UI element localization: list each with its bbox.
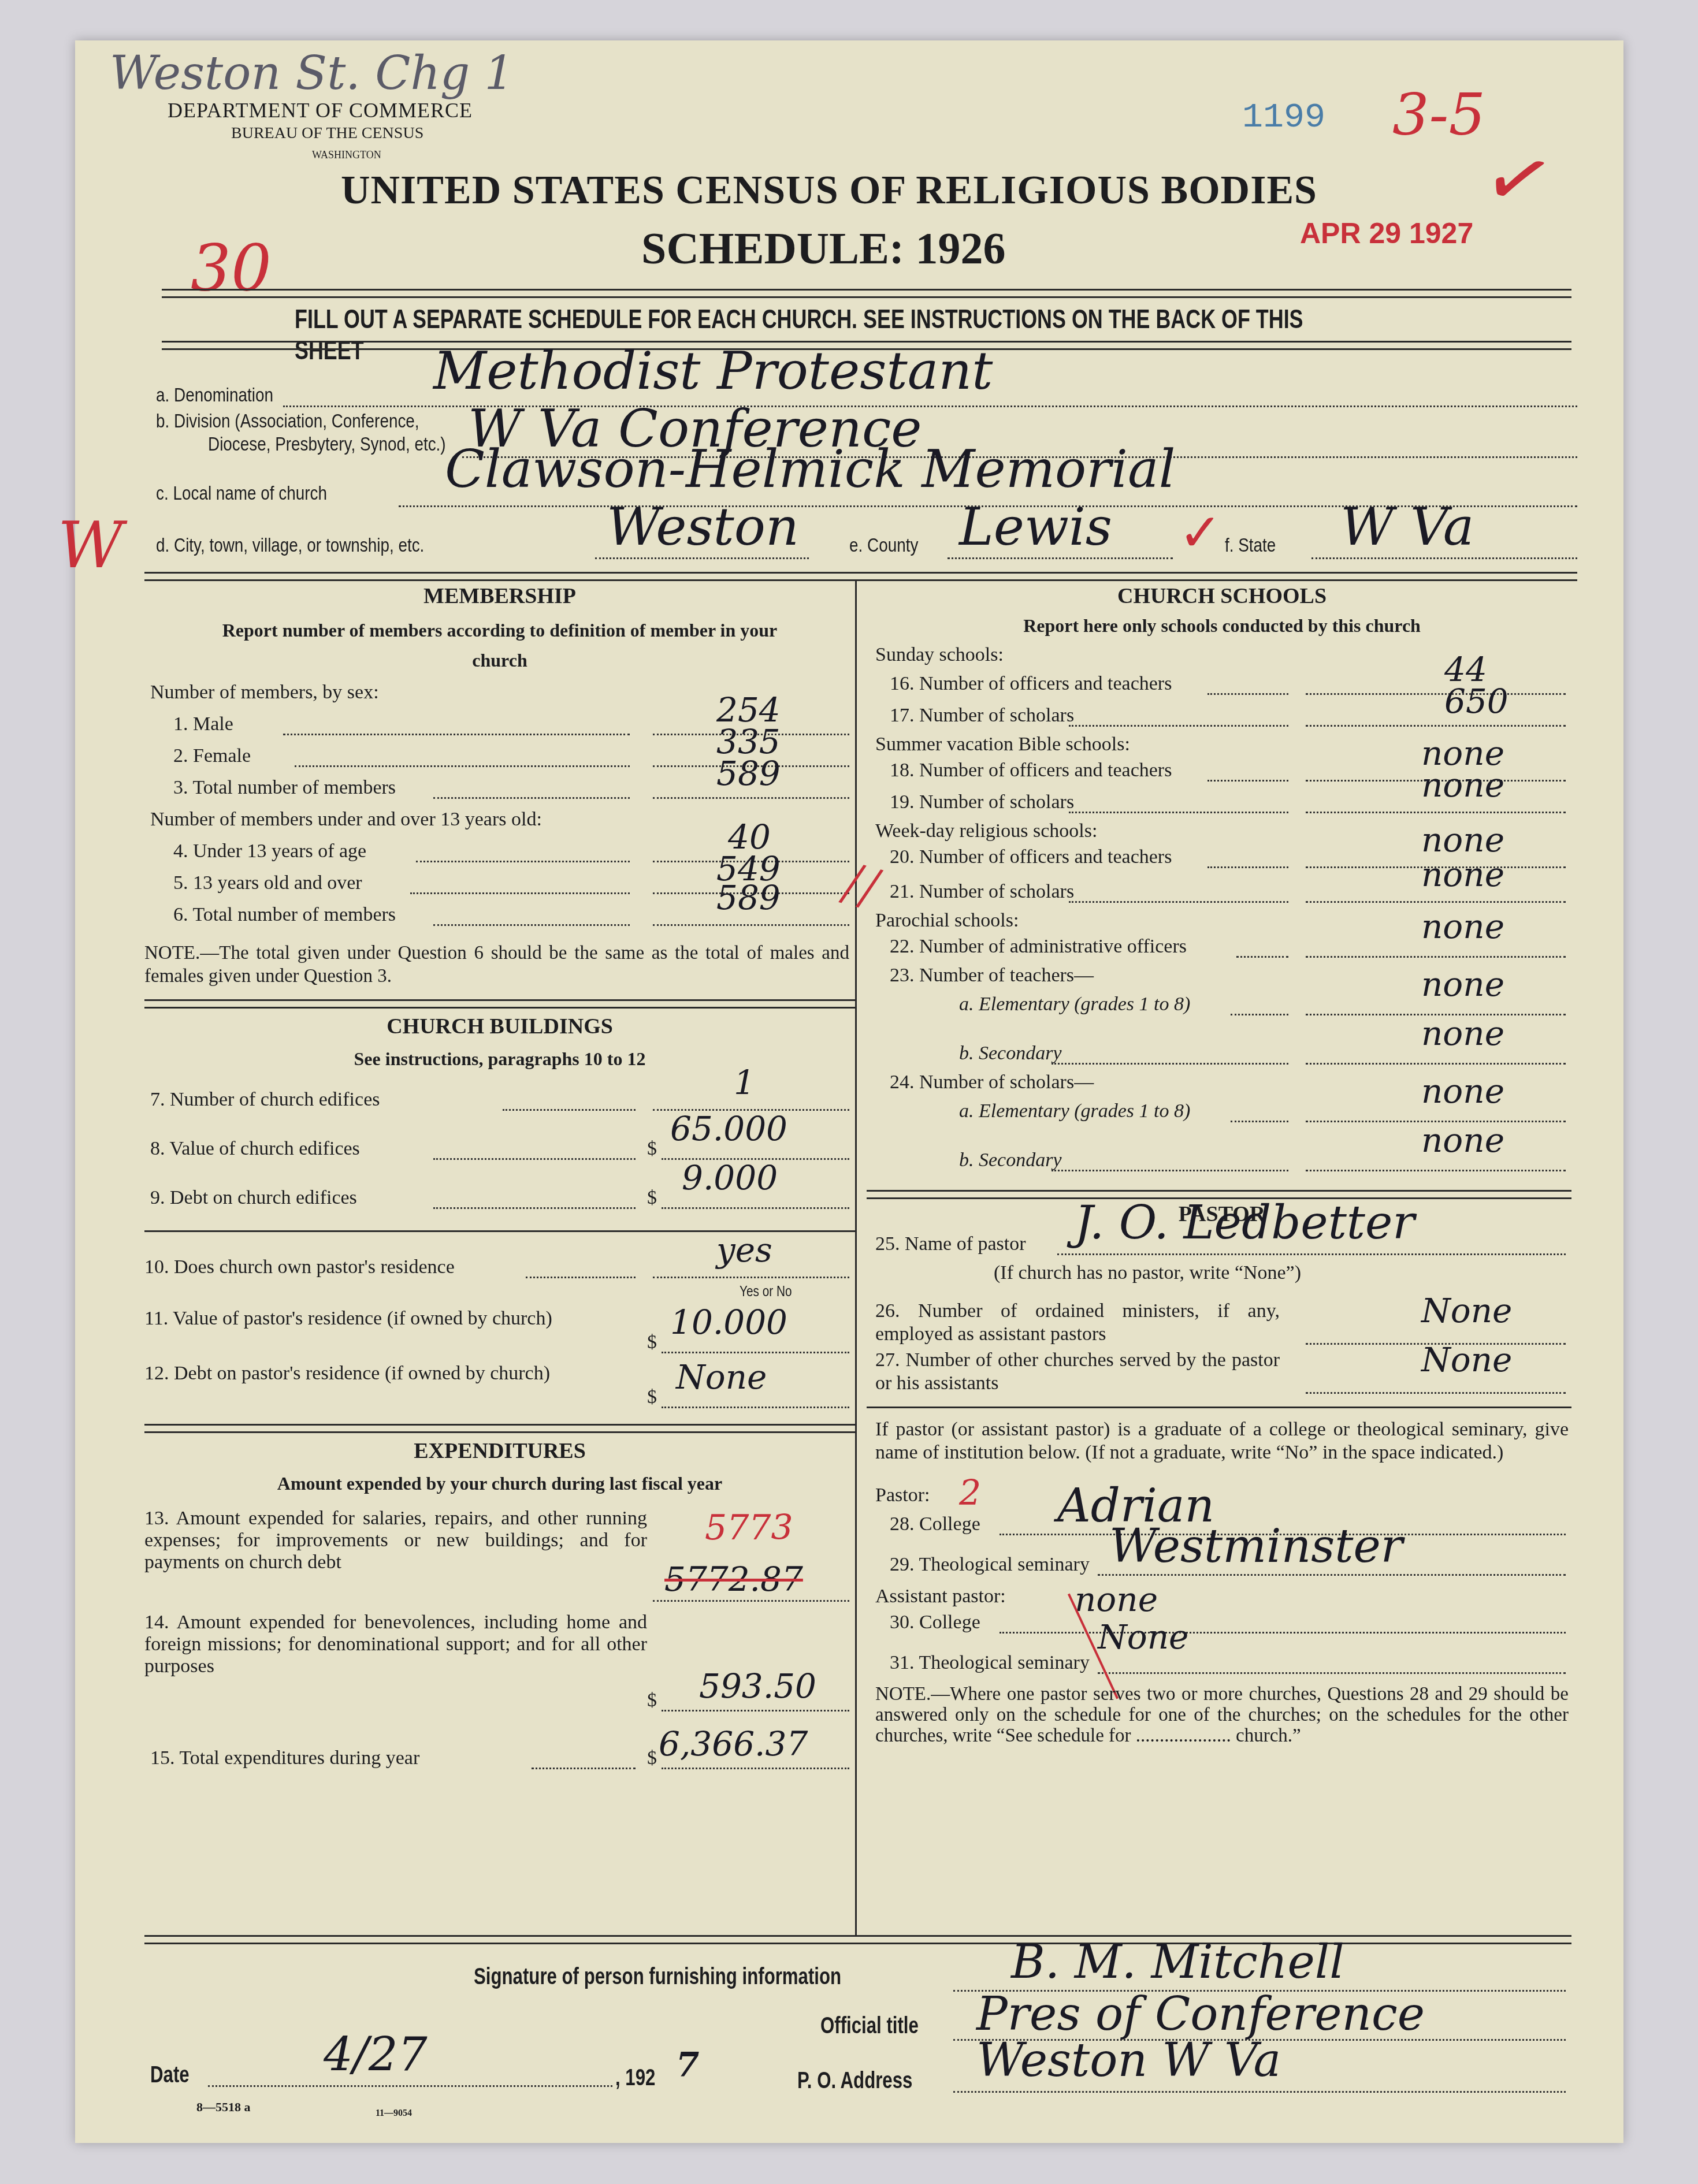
edifices-value-label: 8. Value of church edifices <box>150 1138 360 1160</box>
county-label: e. County <box>849 534 918 557</box>
edifices-count-field[interactable]: 1 <box>734 1063 755 1102</box>
date-field[interactable]: 4/27 <box>324 2027 428 2081</box>
q21-field[interactable]: none <box>1421 855 1504 894</box>
q22-field[interactable]: none <box>1421 907 1504 946</box>
division-label-2: Diocese, Presbytery, Synod, etc.) <box>208 433 446 456</box>
pastor-name-field[interactable]: J. O. Ledbetter <box>1075 1196 1415 1249</box>
pencil-note: Weston St. Chg 1 <box>110 46 514 100</box>
q25-label: 25. Name of pastor <box>875 1233 1026 1255</box>
q16-label: 16. Number of officers and teachers <box>890 673 1172 695</box>
edifices-debt-field[interactable]: 9.000 <box>682 1158 778 1197</box>
division-label: b. Division (Association, Conference, <box>156 410 419 433</box>
by-sex-heading: Number of members, by sex: <box>150 682 379 704</box>
state-field[interactable]: W Va <box>1340 497 1474 557</box>
print-code: 11—9054 <box>376 2108 412 2119</box>
dollar-sign: $ <box>647 1331 657 1353</box>
department-name: DEPARTMENT OF COMMERCE <box>168 98 473 122</box>
residence-debt-field[interactable]: None <box>676 1357 767 1397</box>
date-label: Date <box>150 2062 190 2088</box>
q25-hint: (If church has no pastor, write “None”) <box>994 1262 1301 1284</box>
church-schools-title: CHURCH SCHOOLS <box>867 583 1577 609</box>
q14-label: 14. Amount expended for benevolences, in… <box>144 1612 647 1677</box>
denomination-label: a. Denomination <box>156 384 273 407</box>
po-address-field[interactable]: Weston W Va <box>976 2033 1281 2087</box>
signature-label: Signature of person furnishing informati… <box>474 1964 841 1990</box>
official-title-label: Official title <box>820 2013 919 2039</box>
graduate-instructions: If pastor (or assistant pastor) is a gra… <box>875 1418 1569 1464</box>
dollar-sign: $ <box>647 1747 657 1769</box>
seminary-field[interactable]: Westminster <box>1109 1519 1403 1573</box>
received-date-stamp: APR 29 1927 <box>1300 217 1473 250</box>
yes-no-hint: Yes or No <box>740 1282 792 1300</box>
assistant-seminary-field[interactable]: None <box>1098 1617 1188 1657</box>
q23a-label: a. Elementary (grades 1 to 8) <box>959 994 1190 1015</box>
expenditures-subtitle: Amount expended by your church during la… <box>144 1473 855 1494</box>
census-schedule-form: Weston St. Chg 1 DEPARTMENT OF COMMERCE … <box>75 40 1623 2143</box>
q21-label: 21. Number of scholars <box>890 881 1074 903</box>
q19-label: 19. Number of scholars <box>890 791 1074 813</box>
dollar-sign: $ <box>647 1690 657 1712</box>
q27-field[interactable]: None <box>1421 1340 1512 1379</box>
female-label: 2. Female <box>173 745 251 767</box>
q28-label: 28. College <box>890 1513 980 1535</box>
red-code: 3-5 <box>1392 81 1485 148</box>
q17-label: 17. Number of scholars <box>890 705 1074 727</box>
county-field[interactable]: Lewis <box>959 497 1112 557</box>
residence-debt-label: 12. Debt on pastor's residence (if owned… <box>144 1360 647 1387</box>
q29-label: 29. Theological seminary <box>890 1554 1090 1576</box>
city-field[interactable]: Weston <box>607 497 799 557</box>
q23b-field[interactable]: none <box>1421 1014 1504 1053</box>
check-mark-icon: ✓ <box>1474 126 1564 235</box>
q23b-label: b. Secondary <box>959 1043 1062 1065</box>
q24-label: 24. Number of scholars— <box>890 1071 1094 1093</box>
membership-subtitle: Report number of members according to de… <box>202 615 797 675</box>
q20-field[interactable]: none <box>1421 820 1504 860</box>
by-age-heading: Number of members under and over 13 year… <box>150 809 542 831</box>
dollar-sign: $ <box>647 1386 657 1408</box>
pastor-note: NOTE.—Where one pastor serves two or mor… <box>875 1684 1569 1746</box>
membership-title: MEMBERSHIP <box>144 583 855 609</box>
q27-label: 27. Number of other churches served by t… <box>875 1349 1280 1395</box>
q24b-field[interactable]: none <box>1421 1121 1504 1160</box>
sunday-schools-heading: Sunday schools: <box>875 644 1004 666</box>
denomination-field[interactable]: Methodist Protestant <box>433 341 993 401</box>
owns-residence-field[interactable]: yes <box>716 1230 772 1270</box>
signature-field[interactable]: B. M. Mitchell <box>1011 1935 1344 1989</box>
year-prefix: , 192 <box>615 2065 655 2091</box>
residence-value-field[interactable]: 10.000 <box>670 1303 787 1342</box>
q31-label: 31. Theological seminary <box>890 1652 1090 1674</box>
assistant-heading: Assistant pastor: <box>875 1586 1006 1608</box>
edifices-debt-label: 9. Debt on church edifices <box>150 1187 357 1209</box>
membership-note: NOTE.—The total given under Question 6 s… <box>144 942 849 988</box>
q26-label: 26. Number of ordained ministers, if any… <box>875 1300 1280 1346</box>
q24b-label: b. Secondary <box>959 1149 1062 1171</box>
expenditures-title: EXPENDITURES <box>144 1438 855 1464</box>
year-field[interactable]: 7 <box>676 2045 699 2084</box>
city-label: d. City, town, village, or township, etc… <box>156 534 424 557</box>
q20-label: 20. Number of officers and teachers <box>890 846 1172 868</box>
q17-field[interactable]: 650 <box>1444 682 1508 721</box>
check-mark-icon: ✓ <box>1179 503 1222 563</box>
form-number: 8—5518 a <box>196 2100 251 2115</box>
q22-label: 22. Number of administrative officers <box>890 936 1187 958</box>
q19-field[interactable]: none <box>1421 765 1504 805</box>
q24a-label: a. Elementary (grades 1 to 8) <box>959 1100 1190 1122</box>
residence-value-label: 11. Value of pastor's residence (if owne… <box>144 1305 647 1332</box>
church-buildings-title: CHURCH BUILDINGS <box>144 1014 855 1039</box>
total-members-label: 3. Total number of members <box>173 777 396 799</box>
local-name-label: c. Local name of church <box>156 482 327 505</box>
q15-label: 15. Total expenditures during year <box>150 1747 419 1769</box>
red-margin-mark: W <box>58 508 123 582</box>
q30-label: 30. College <box>890 1612 980 1634</box>
under-13-label: 4. Under 13 years of age <box>173 840 366 862</box>
q23a-field[interactable]: none <box>1421 965 1504 1004</box>
summer-schools-heading: Summer vacation Bible schools: <box>875 734 1130 756</box>
red-mark: 2 <box>959 1473 981 1513</box>
schedule-title: SCHEDULE: 1926 <box>641 222 1006 274</box>
church-schools-subtitle: Report here only schools conducted by th… <box>867 615 1577 637</box>
q15-field[interactable]: 6,366.37 <box>659 1724 808 1763</box>
pastor-heading: Pastor: <box>875 1484 930 1506</box>
q26-field[interactable]: None <box>1421 1291 1512 1330</box>
weekday-schools-heading: Week-day religious schools: <box>875 820 1097 842</box>
state-label: f. State <box>1225 534 1276 557</box>
total-members-field[interactable]: 589 <box>716 754 781 793</box>
bureau-name: BUREAU OF THE CENSUS <box>231 124 423 143</box>
q24a-field[interactable]: none <box>1421 1071 1504 1111</box>
po-address-label: P. O. Address <box>797 2068 912 2094</box>
q13-label: 13. Amount expended for salaries, repair… <box>144 1508 647 1573</box>
stamp-number: 1199 <box>1242 98 1325 137</box>
owns-residence-label: 10. Does church own pastor's residence <box>144 1256 455 1278</box>
q18-label: 18. Number of officers and teachers <box>890 760 1172 782</box>
q14-field[interactable]: 593.50 <box>699 1666 816 1706</box>
local-name-field[interactable]: Clawson-Helmick Memorial <box>445 439 1175 500</box>
q13-field[interactable]: 5772.87 <box>664 1560 803 1599</box>
form-title: UNITED STATES CENSUS OF RELIGIOUS BODIES <box>341 168 1317 214</box>
dollar-sign: $ <box>647 1187 657 1209</box>
over-13-label: 5. 13 years old and over <box>173 872 362 894</box>
edifices-count-label: 7. Number of church edifices <box>150 1089 380 1111</box>
dollar-sign: $ <box>647 1138 657 1160</box>
assistant-college-field[interactable]: none <box>1075 1580 1158 1619</box>
parochial-schools-heading: Parochial schools: <box>875 910 1019 932</box>
location-name: WASHINGTON <box>312 149 381 161</box>
male-label: 1. Male <box>173 713 233 735</box>
total-members-2-field[interactable]: 589 <box>716 878 781 917</box>
q23-label: 23. Number of teachers— <box>890 965 1094 987</box>
edifices-value-field[interactable]: 65.000 <box>670 1109 787 1148</box>
q13-corrected-value: 5773 <box>705 1508 793 1548</box>
total-members-2-label: 6. Total number of members <box>173 904 396 926</box>
